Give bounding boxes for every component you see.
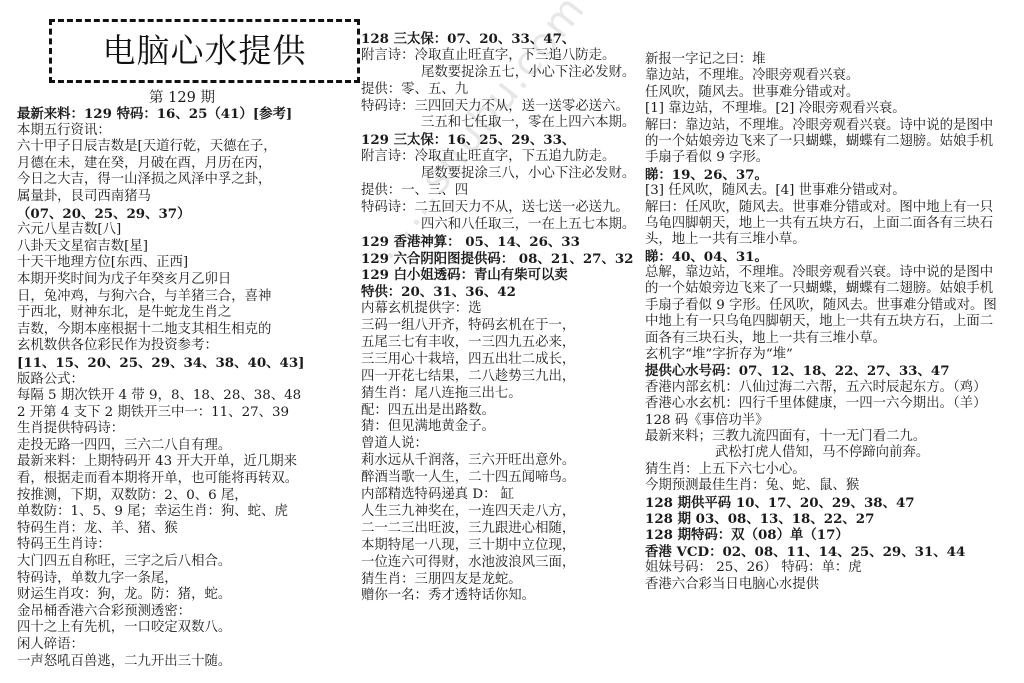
middle-line: 猜生肖：三朋四友是龙蛇。: [361, 572, 641, 589]
left-line: 单数防：1、5、9 尾；幸运生肖：狗、蛇、虎: [17, 504, 305, 521]
left-line: 金吊桶香港六合彩预测透密：: [17, 604, 305, 621]
middle-line: 猜：但见满地黄金子。: [361, 419, 641, 436]
right-line: 猜生肖：上五下六七小心。: [645, 462, 1021, 478]
right-line: 睇：40、04、31。: [645, 249, 1021, 265]
middle-line: 三五和七任取一，零在上四六本期。: [361, 115, 641, 132]
middle-line: 129 白小姐透码：青山有柴可以卖: [361, 267, 641, 284]
middle-line: 特码诗：三四回天力不从，送一送零必送六。: [361, 99, 641, 116]
right-line: 提供心水号码：07、12、18、22、27、33、47: [645, 363, 1021, 379]
middle-line: 赠你一名：秀才透特话你知。: [361, 588, 641, 605]
right-line: 128 期供平码 10、17、20、29、38、47: [645, 495, 1021, 511]
middle-line: 内幕玄机提供字：选: [361, 301, 641, 318]
left-line: 生肖提供特码诗：: [17, 421, 305, 438]
left-line: 吉数，今期本座根据十二地支其相生相克的: [17, 322, 305, 339]
middle-line: 五尾三七有丰收，一三四九五必来，: [361, 335, 641, 352]
middle-line: 配：四五出是出路数。: [361, 403, 641, 420]
middle-line: 尾数要捉涂五七，小心下注必发财。: [361, 65, 641, 82]
middle-line: 提供：零、五、九: [361, 82, 641, 99]
left-line: 走投无路一四四，三六二八自有理。: [17, 438, 305, 455]
right-line: 玄机字“堆”字折存为“堆”: [645, 347, 1021, 363]
left-line: 每隔 5 期次铁开 4 带 9，8、18、28、38、48: [17, 388, 305, 405]
middle-line: 莉水远从千润落，三六开旺出意外。: [361, 453, 641, 470]
middle-line: 特码诗：二五回天力不从，送七送一必送九。: [361, 200, 641, 217]
left-line: 按推测，下期，双数防：2、0、6 尾，: [17, 488, 305, 505]
right-line: 解曰：任风吹，随风去。世事难分错或对。图中地上有一只: [645, 200, 1021, 216]
middle-line: 三码一组八开齐，特码玄机在于一，: [361, 318, 641, 335]
middle-line: 128 三太保：07、20、33、47、: [361, 31, 641, 48]
left-line: 财运生肖攻：狗，龙。防：猪，蛇。: [17, 587, 305, 604]
left-line: 闲人碎语：: [17, 637, 305, 654]
right-line: 的一个姑娘旁边飞来了一只蝴蝶，蝴蝶有二翅膀。姑娘手机: [645, 281, 1021, 297]
left-line: 六十甲子日辰吉数是[天道行乾，天德在子，: [17, 139, 305, 156]
right-line: 任风吹，随风去。世事难分错或对。: [645, 85, 1021, 101]
middle-line: 醉酒当歌一人生，二十四五闻啼鸟。: [361, 470, 641, 487]
middle-line: 129 三太保：16、25、29、33、: [361, 132, 641, 149]
right-line: 香港心水玄机：四行千里体健康，一四一六今期出。（羊）: [645, 396, 1021, 412]
middle-line: 人生三九神奖在，一连四天走八方，: [361, 504, 641, 521]
left-line: [11、15、20、25、29、34、38、40、43]: [17, 355, 305, 372]
left-line: 最新来料：上期特码开 43 开大开单，近几期来: [17, 454, 305, 471]
left-line: 大门四五自称旺，三字之后八相合。: [17, 554, 305, 571]
middle-column: 128 三太保：07、20、33、47、附言诗：冷取直止旺直字，下三追八防走。尾…: [361, 31, 641, 605]
left-line: 六元八星吉数[八]: [17, 222, 305, 239]
left-line: 特码诗，单数九字一条尾，: [17, 571, 305, 588]
right-line: 128 码《事倍功半》: [645, 413, 1021, 429]
middle-line: 129 六合阴阳图提供码： 08、21、27、32: [361, 251, 641, 268]
left-line: 2 开第 4 支下 2 期铁开三中一：11、27、39: [17, 405, 305, 422]
middle-line: 附言诗：冷取直止旺直字，下三追八防走。: [361, 48, 641, 65]
left-line: 本期开奖时间为戊子年癸亥月乙卯日: [17, 272, 305, 289]
right-column: 新报一字记之曰：堆靠边站，不理堆。冷眼旁观看兴衰。任风吹，随风去。世事难分错或对…: [645, 52, 1021, 593]
right-line: 姐妹号码： 25、26） 特码：单：虎: [645, 560, 1021, 576]
right-line: [1] 靠边站，不理堆。[2] 冷眼旁观看兴衰。: [645, 101, 1021, 117]
left-line: 特码生肖：龙、羊、猪、猴: [17, 521, 305, 538]
left-line: 于西北，财神东北，是牛蛇龙生肖之: [17, 305, 305, 322]
right-line: 靠边站，不理堆。冷眼旁观看兴衰。: [645, 68, 1021, 84]
middle-line: 一位连六可得财，水池波浪风三面，: [361, 555, 641, 572]
left-line: （07、20、25、29、37）: [17, 206, 305, 223]
left-line: 最新来料：129 特码：16、25（41）[参考]: [17, 106, 305, 123]
left-line: 特码王生肖诗：: [17, 537, 305, 554]
right-line: 最新来料；三教九流四面有，十一无门看二九。: [645, 429, 1021, 445]
middle-line: 附言诗：冷取直止旺直字，下五追九防走。: [361, 149, 641, 166]
issue-number: 第 129 期: [17, 90, 347, 107]
right-line: 解曰：靠边站，不理堆。冷眼旁观看兴衰。诗中说的是图中: [645, 118, 1021, 134]
right-line: 今期预测最佳生肖：兔、蛇、鼠、猴: [645, 478, 1021, 494]
left-line: 今日之大吉，得一山泽损之风泽中孚之卦，: [17, 172, 305, 189]
middle-line: 提供：一、三、四: [361, 183, 641, 200]
left-line: 一声怒吼百兽逃，二九开出三十随。: [17, 654, 305, 671]
left-line: 本期五行资讯：: [17, 123, 305, 140]
right-line: 香港 VCD：02、08、11、14、25、29、31、44: [645, 544, 1021, 560]
middle-line: 二一二三出旺波，三九跟进心相随，: [361, 521, 641, 538]
right-line: 乌龟四脚朝天，地上一共有五块方石，上面二面各有三块石: [645, 216, 1021, 232]
left-line: 四十之上有先机，一口咬定双数八。: [17, 620, 305, 637]
middle-line: 猜生肖：尾八连拖三出七。: [361, 386, 641, 403]
middle-line: 四六和八任取三，一在上五七本期。: [361, 217, 641, 234]
left-body: 最新来料：129 特码：16、25（41）[参考]本期五行资讯：六十甲子日辰吉数…: [17, 106, 305, 670]
left-line: 八卦天文星宿吉数[星]: [17, 239, 305, 256]
middle-line: 129 香港神算： 05、14、26、33: [361, 234, 641, 251]
right-line: 香港六合彩当日电脑心水提供: [645, 577, 1021, 593]
right-line: 香港内部玄机：八仙过海二六帮，五六时辰起东方。（鸡）: [645, 380, 1021, 396]
right-line: 手扇子看似 9 字形。: [645, 150, 1021, 166]
middle-line: 本期特尾一八现，三十期中立位现，: [361, 538, 641, 555]
left-line: 十天干地理方位[东西、正西]: [17, 255, 305, 272]
middle-line: 四一开花七结果，二八趁势三九出，: [361, 369, 641, 386]
right-line: 的一个姑娘旁边飞来了一只蝴蝶，蝴蝶有二翅膀。姑娘手机: [645, 134, 1021, 150]
middle-line: 曾道人说：: [361, 436, 641, 453]
page-title: 电脑心水提供: [103, 43, 307, 60]
right-line: 新报一字记之曰：堆: [645, 52, 1021, 68]
right-line: 手扇子看似 9 字形。任风吹，随风去。世事难分错或对。图: [645, 298, 1021, 314]
right-line: [3] 任风吹，随风去。[4] 世事难分错或对。: [645, 183, 1021, 199]
left-line: 版路公式：: [17, 372, 305, 389]
left-line: 日，兔冲鸡，与狗六合，与羊猪三合，喜神: [17, 289, 305, 306]
left-line: 玄机数供各位彩民作为投资参考：: [17, 338, 305, 355]
right-line: 武松打虎人借知，马不停蹄向前奔。: [645, 445, 1021, 461]
middle-line: 特供：20、31、36、42: [361, 284, 641, 301]
left-line: 属量卦，艮司西南猪马: [17, 189, 305, 206]
middle-line: 内部精选特码递真 D： 缸: [361, 487, 641, 504]
right-line: 睇：19、26、37。: [645, 167, 1021, 183]
title-box: 电脑心水提供: [49, 19, 360, 83]
right-line: 128 期 03、08、13、18、22、27: [645, 511, 1021, 527]
right-line: 头，地上一共有三堆小草。: [645, 232, 1021, 248]
middle-line: 三三用心十栽培，四五出壮二成长，: [361, 352, 641, 369]
right-line: 总解，靠边站，不理堆。冷眼旁观看兴衰。诗中说的是图中: [645, 265, 1021, 281]
middle-line: 尾数要捉涂三八，小心下注必发财。: [361, 166, 641, 183]
right-line: 面各有三块石头，地上一共有三堆小草。: [645, 331, 1021, 347]
right-line: 中地上有一只乌龟四脚朝天，地上一共有五块方石，上面二: [645, 314, 1021, 330]
left-line: 月德在未，建在癸，月破在酉，月历在丙，: [17, 156, 305, 173]
right-line: 128 期特码：双（08）单（17）: [645, 527, 1021, 543]
left-line: 看，根据走而看本期将开单，也可能将再转双。: [17, 471, 305, 488]
